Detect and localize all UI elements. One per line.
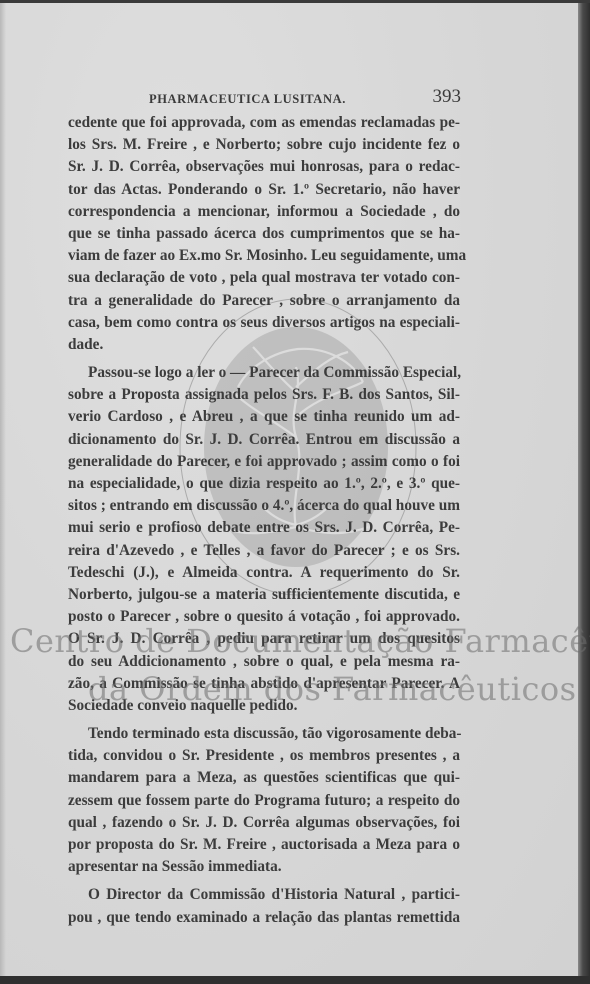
text-line: dicionamento do Sr. J. D. Corrêa. Entrou… [68, 429, 460, 451]
text-line: dade. [68, 334, 460, 356]
text-line: Tedeschi (J.), e Almeida contra. A reque… [68, 562, 460, 584]
text-line: zessem que fossem parte do Programa futu… [68, 790, 460, 812]
text-line: Norberto, julgou-se a materia sufficient… [68, 584, 460, 606]
text-line: casa, bem como contra os seus diversos a… [68, 312, 460, 334]
gutter-shadow [0, 3, 6, 976]
text-line: sua declaração de voto , pela qual mostr… [68, 267, 460, 289]
text-line: mandarem para a Meza, as questões scient… [68, 767, 460, 789]
text-line: posto o Parecer , sobre o quesito á vota… [68, 606, 460, 628]
text-line: sitos ; entrando em discussão o 4.º, áce… [68, 495, 460, 517]
text-line: Sociedade conveio naquelle pedido. [68, 695, 460, 717]
text-line: por proposta do Sr. M. Freire , auctoris… [68, 834, 460, 856]
text-line: reira d'Azevedo , e Telles , a favor do … [68, 540, 460, 562]
running-title: PHARMACEUTICA LUSITANA. [149, 92, 346, 107]
text-line: correspondencia a mencionar, informou a … [68, 201, 460, 223]
text-line: Sr. J. D. Corrêa, observações mui honros… [68, 156, 460, 178]
text-line: Passou-se logo a ler o — Parecer da Comm… [68, 362, 460, 384]
text-line: pou , que tendo examinado a relação das … [68, 907, 460, 929]
text-line: generalidade do Parecer, e foi approvado… [68, 451, 460, 473]
text-line: tida, convidou o Sr. Presidente , os mem… [68, 745, 460, 767]
text-line: O Sr. J. D. Corrêa , pediu para retirar … [68, 628, 460, 650]
body-text: cedente que foi approvada, com as emenda… [68, 112, 460, 929]
text-line: tra a generalidade do Parecer , sobre o … [68, 290, 460, 312]
text-line: que se tinha passado ácerca dos cumprime… [68, 223, 460, 245]
text-line: tor das Actas. Ponderando o Sr. 1.º Secr… [68, 179, 460, 201]
page-edge-bottom [0, 976, 590, 984]
text-line: los Srs. M. Freire , e Norberto; sobre c… [68, 134, 460, 156]
text-line: Tendo terminado esta discussão, tão vigo… [68, 723, 460, 745]
text-line: sobre a Proposta assignada pelos Srs. F.… [68, 384, 460, 406]
running-head: PHARMACEUTICA LUSITANA. 393 [149, 88, 461, 112]
text-line: do seu Addicionamento , sobre o qual, e … [68, 651, 460, 673]
text-line: zão, a Commissão se tinha abstido d'apre… [68, 673, 460, 695]
text-line: apresentar na Sessão immediata. [68, 856, 460, 878]
text-line: mui serio e profioso debate entre os Srs… [68, 517, 460, 539]
text-line: na especialidade, o que dizia respeito a… [68, 473, 460, 495]
text-line: verio Cardoso , e Abreu , a que se tinha… [68, 406, 460, 428]
page-edge-right [578, 3, 590, 976]
text-line: qual , fazendo o Sr. J. D. Corrêa alguma… [68, 812, 460, 834]
text-line: viam de fazer ao Ex.mo Sr. Mosinho. Leu … [68, 245, 460, 267]
page-number: 393 [433, 86, 462, 108]
text-line: O Director da Commissão d'Historia Natur… [68, 884, 460, 906]
text-line: cedente que foi approvada, com as emenda… [68, 112, 460, 134]
